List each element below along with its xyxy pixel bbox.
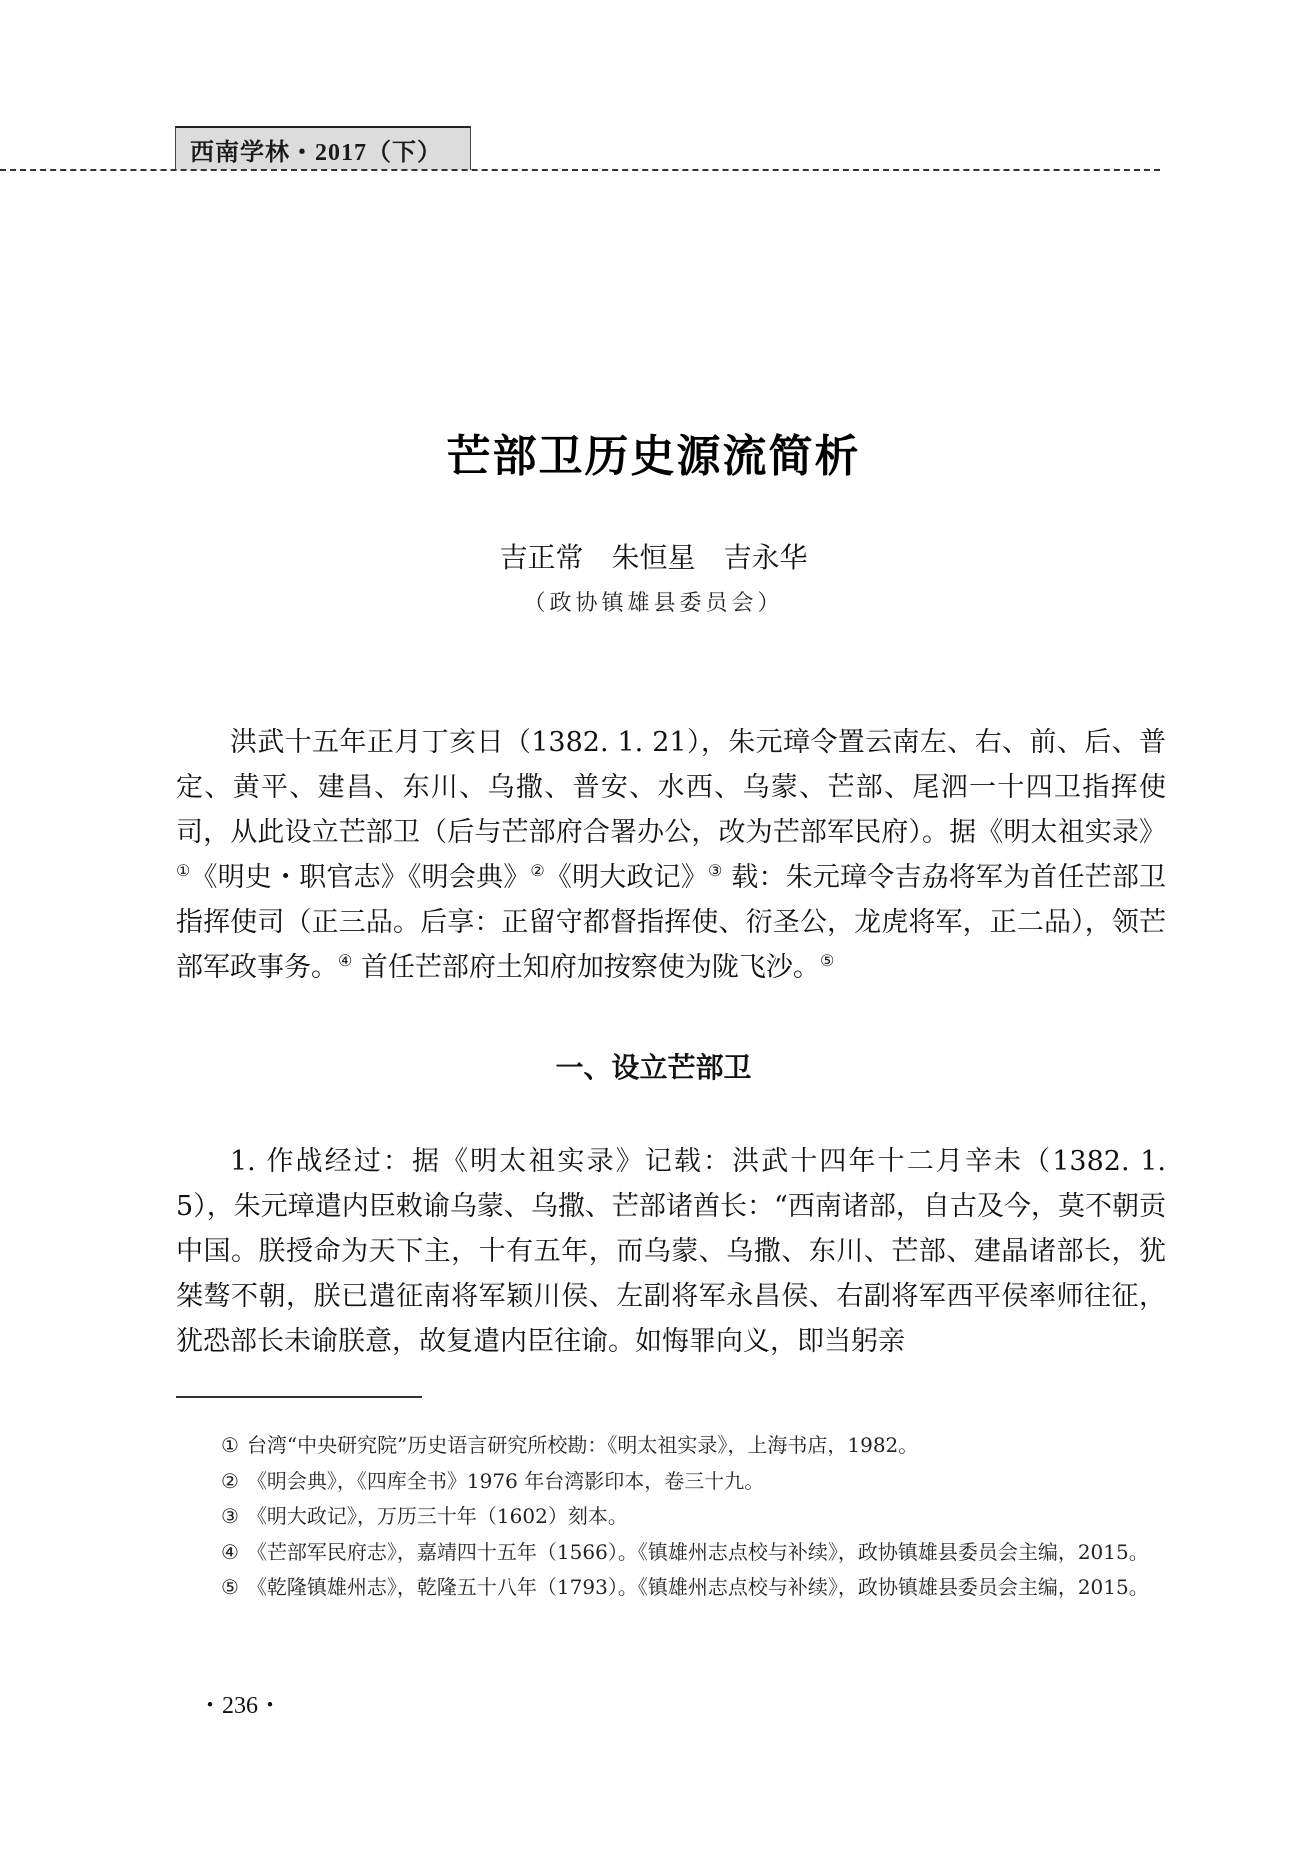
section-1-paragraph: 1. 作战经过：据《明太祖实录》记载：洪武十四年十二月辛未（1382. 1. 5… xyxy=(176,1139,1166,1364)
journal-name: 西南学林・2017（下） xyxy=(190,132,442,167)
footnote-text: 《乾隆镇雄州志》，乾隆五十八年（1793）。《镇雄州志点校与补续》，政协镇雄县委… xyxy=(247,1575,1149,1599)
intro-text-b: 《明史・职官志》《明会典》 xyxy=(191,862,531,893)
footnote-ref-2[interactable]: ② xyxy=(530,861,545,880)
page-number: ・236・ xyxy=(198,1685,282,1720)
footnote-text: 《芒部军民府志》，嘉靖四十五年（1566）。《镇雄州志点校与补续》，政协镇雄县委… xyxy=(247,1540,1149,1564)
footnote-item: ③《明大政记》，万历三十年（1602）刻本。 xyxy=(176,1499,1166,1535)
footnote-text: 《明大政记》，万历三十年（1602）刻本。 xyxy=(247,1504,628,1528)
footnote-number: ① xyxy=(221,1433,239,1457)
footnote-text: 《明会典》，《四库全书》1976 年台湾影印本，卷三十九。 xyxy=(247,1469,764,1493)
footnote-item: ①台湾“中央研究院”历史语言研究所校勘：《明太祖实录》，上海书店，1982。 xyxy=(176,1428,1166,1464)
section-heading: 一、设立芒部卫 xyxy=(0,1046,1307,1086)
footnote-item: ④《芒部军民府志》，嘉靖四十五年（1566）。《镇雄州志点校与补续》，政协镇雄县… xyxy=(176,1535,1166,1571)
footnote-ref-5[interactable]: ⑤ xyxy=(820,951,834,970)
footnotes: ①台湾“中央研究院”历史语言研究所校勘：《明太祖实录》，上海书店，1982。 ②… xyxy=(176,1428,1166,1606)
intro-text-c: 《明大政记》 xyxy=(545,862,708,893)
article-authors: 吉正常 朱恒星 吉永华 xyxy=(0,536,1307,576)
intro-text-a: 洪武十五年正月丁亥日（1382. 1. 21），朱元璋令置云南左、右、前、后、普… xyxy=(176,727,1166,848)
footnote-separator xyxy=(176,1396,422,1398)
author-affiliation: （政协镇雄县委员会） xyxy=(0,586,1307,617)
running-head: 西南学林・2017（下） xyxy=(175,126,471,170)
intro-paragraph: 洪武十五年正月丁亥日（1382. 1. 21），朱元璋令置云南左、右、前、后、普… xyxy=(176,720,1166,990)
header-dashed-rule xyxy=(0,169,1160,171)
footnote-ref-3[interactable]: ③ xyxy=(708,861,723,880)
footnote-ref-4[interactable]: ④ xyxy=(338,951,352,970)
footnote-text: 台湾“中央研究院”历史语言研究所校勘：《明太祖实录》，上海书店，1982。 xyxy=(247,1433,918,1457)
footnote-number: ⑤ xyxy=(221,1575,239,1599)
footnote-ref-1[interactable]: ① xyxy=(176,861,191,880)
section-1-text: 1. 作战经过：据《明太祖实录》记载：洪武十四年十二月辛未（1382. 1. 5… xyxy=(176,1139,1166,1364)
footnote-number: ④ xyxy=(221,1540,239,1564)
intro-text-e: 首任芒部府土知府加按察使为陇飞沙。 xyxy=(352,952,820,983)
footnote-item: ⑤《乾隆镇雄州志》，乾隆五十八年（1793）。《镇雄州志点校与补续》，政协镇雄县… xyxy=(176,1570,1166,1606)
footnote-item: ②《明会典》，《四库全书》1976 年台湾影印本，卷三十九。 xyxy=(176,1464,1166,1500)
footnote-number: ③ xyxy=(221,1504,239,1528)
article-title: 芒部卫历史源流简析 xyxy=(0,420,1307,484)
footnote-number: ② xyxy=(221,1469,239,1493)
